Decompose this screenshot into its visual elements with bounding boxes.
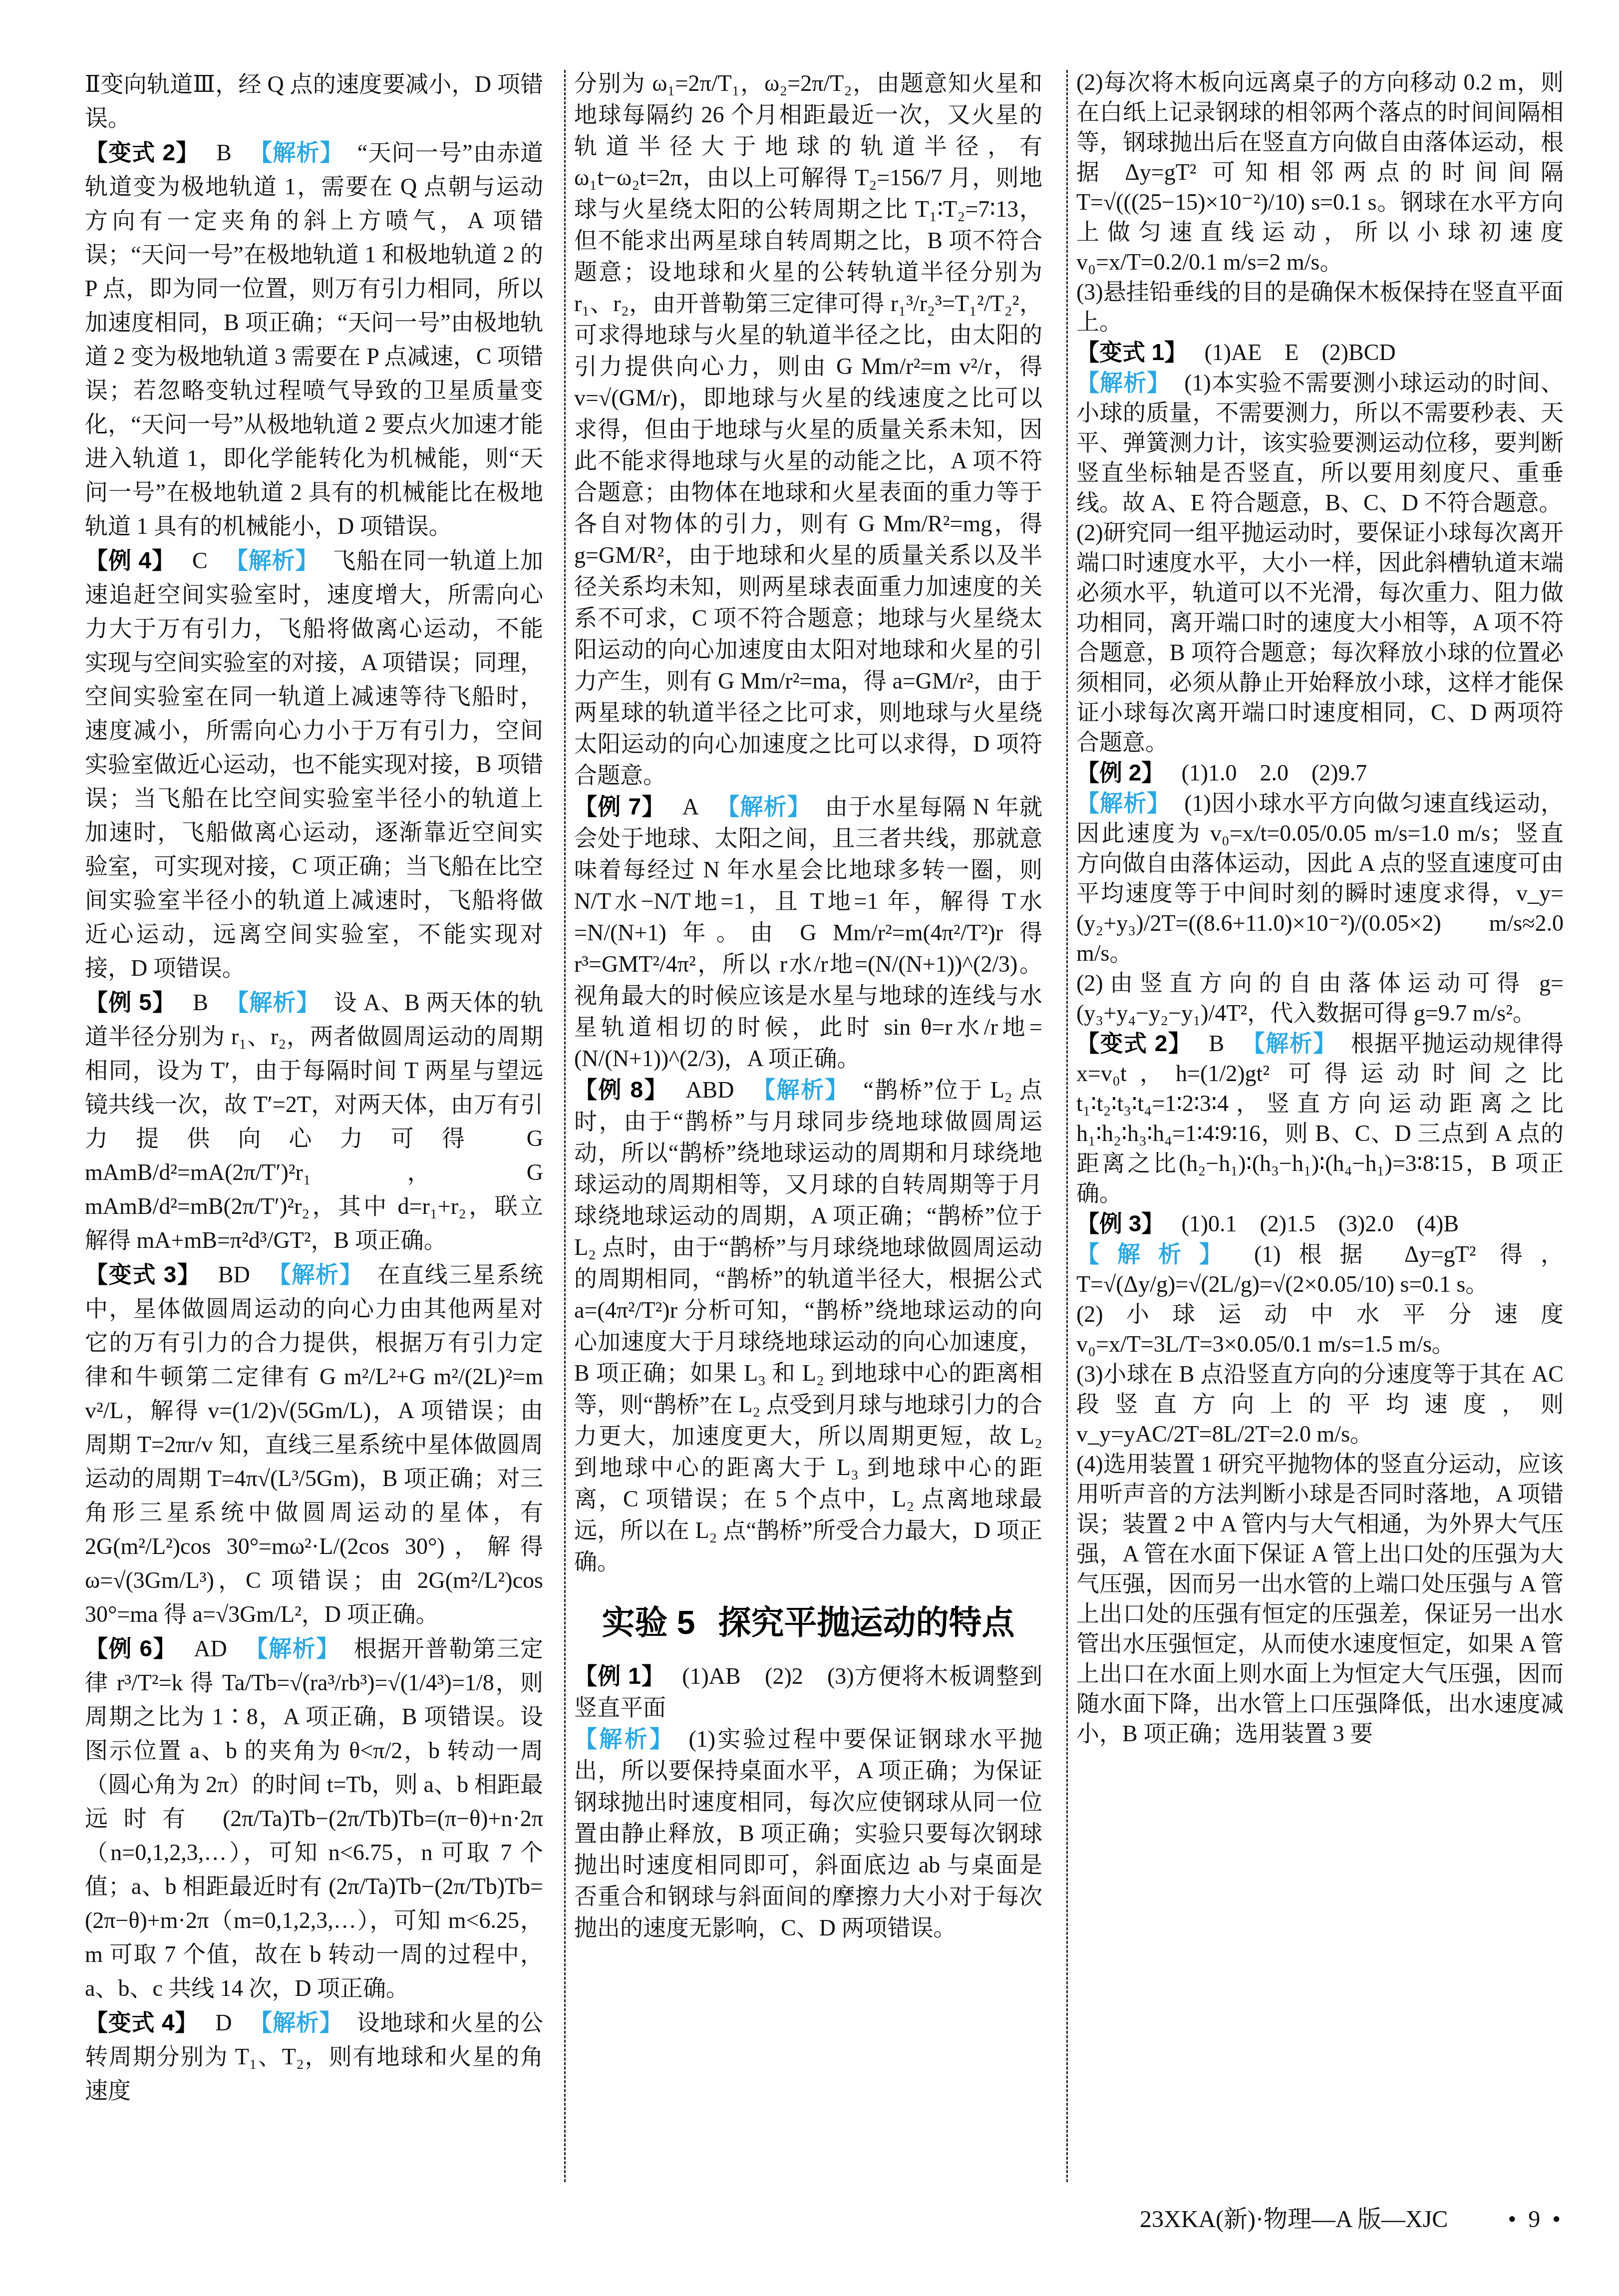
answer-text: (1)0.1 (2)1.5 (3)2.0 (4)B (1181, 1211, 1459, 1236)
solution-paragraph: 【解析】(1)实验过程中要保证钢球水平抛出，所以要保持桌面水平，A 项正确；为保… (574, 1723, 1042, 1943)
solution-text: (2)由竖直方向的自由落体运动可得 g=(y₃+y₄−y₂−y₁)/4T²，代入… (1076, 970, 1564, 1026)
solution-text: (4)选用装置 1 研究平抛物体的竖直分运动，应该用听声音的方法判断小球是否同时… (1076, 1451, 1564, 1746)
solution-paragraph: (3)悬挂铅垂线的目的是确保木板保持在竖直平面上。 (1076, 277, 1564, 337)
answer-text: A (682, 794, 699, 819)
solution-text: (2)每次将木板向远离桌子的方向移动 0.2 m，则在白纸上记录钢球的相邻两个落… (1076, 69, 1564, 275)
analysis-label: 【解析】 (751, 1077, 849, 1103)
solution-paragraph: 分别为 ω₁=2π/T₁，ω₂=2π/T₂，由题意知火星和地球每隔约 26 个月… (574, 67, 1042, 791)
edition-code: 23XKA(新)·物理—A 版—XJC (1140, 2200, 1448, 2234)
solution-text: (2)研究同一组平抛运动时，要保证小球每次离开端口时速度水平，大小一样，因此斜槽… (1076, 520, 1564, 755)
item-label: 【例 2】 (1076, 760, 1164, 785)
section-heading: 实验 5探究平抛运动的特点 (574, 1597, 1042, 1647)
answer-text: BD (218, 1262, 250, 1287)
solution-text: (2)小球运动中水平分速度 v₀=x/T=3L/T=3×0.05/0.1 m/s… (1076, 1301, 1564, 1357)
analysis-label: 【解析】 (1076, 370, 1170, 395)
solution-paragraph: 【例 7】A【解析】由于水星每隔 N 年就会处于地球、太阳之间，且三者共线，那就… (574, 791, 1042, 1074)
solution-text: 飞船在同一轨道上加速追赶空间实验室时，速度增大，所需向心力大于万有引力，飞船将做… (85, 548, 543, 981)
answer-text: B (193, 990, 208, 1015)
solution-paragraph: 【变式 4】D【解析】设地球和火星的公转周期分别为 T₁、T₂，则有地球和火星的… (85, 2005, 543, 2108)
solution-paragraph: 【变式 3】BD【解析】在直线三星系统中，星体做圆周运动的向心力由其他两星对它的… (85, 1257, 543, 1631)
solution-text: “鹊桥”位于 L₂ 点时，由于“鹊桥”与月球同步绕地球做圆周运动，所以“鹊桥”绕… (574, 1077, 1042, 1574)
solution-paragraph: (4)选用装置 1 研究平抛物体的竖直分运动，应该用听声音的方法判断小球是否同时… (1076, 1449, 1564, 1749)
column-divider-left (564, 70, 566, 2182)
page-footer: 23XKA(新)·物理—A 版—XJC • 9 • (85, 2200, 1564, 2234)
solution-paragraph: 【例 4】C【解析】飞船在同一轨道上加速追赶空间实验室时，速度增大，所需向心力大… (85, 543, 543, 985)
solution-paragraph: (2)每次将木板向远离桌子的方向移动 0.2 m，则在白纸上记录钢球的相邻两个落… (1076, 67, 1564, 277)
item-label: 【例 1】 (574, 1663, 665, 1689)
solution-paragraph: 【变式 2】B【解析】“天问一号”由赤道轨道变为极地轨道 1，需要在 Q 点朝与… (85, 135, 543, 543)
solution-paragraph: (3)小球在 B 点沿竖直方向的分速度等于其在 AC 段竖直方向上的平均速度，则… (1076, 1359, 1564, 1449)
solution-text: 分别为 ω₁=2π/T₁，ω₂=2π/T₂，由题意知火星和地球每隔约 26 个月… (574, 70, 1042, 788)
item-label: 【变式 4】 (85, 2009, 198, 2035)
solution-paragraph: 【例 1】(1)AB (2)2 (3)方便将木板调整到竖直平面 (574, 1660, 1042, 1723)
analysis-label: 【解析】 (225, 547, 319, 573)
solution-paragraph: 【解析】(1)根据 Δy=gT² 得，T=√(Δy/g)=√(2L/g)=√(2… (1076, 1239, 1564, 1299)
solution-paragraph: 【变式 1】(1)AE E (2)BCD (1076, 337, 1564, 368)
solution-paragraph: 【变式 2】B【解析】根据平抛运动规律得 x=v₀t，h=(1/2)gt² 可得… (1076, 1028, 1564, 1208)
solution-paragraph: 【例 5】B【解析】设 A、B 两天体的轨道半径分别为 r₁、r₂，两者做圆周运… (85, 985, 543, 1257)
answer-text: D (215, 2010, 232, 2035)
answer-text: ABD (685, 1077, 734, 1103)
answer-text: B (216, 140, 232, 165)
solution-text: 由于水星每隔 N 年就会处于地球、太阳之间，且三者共线，那就意味着每经过 N 年… (574, 794, 1042, 1071)
solution-text: (1)因小球水平方向做匀速直线运动，因此速度为 v₀=x/t=0.05/0.05… (1076, 790, 1564, 966)
item-label: 【变式 2】 (85, 139, 199, 165)
solution-text: 设 A、B 两天体的轨道半径分别为 r₁、r₂，两者做圆周运动的周期相同，设为 … (85, 990, 543, 1253)
answer-column-right: (2)每次将木板向远离桌子的方向移动 0.2 m，则在白纸上记录钢球的相邻两个落… (1076, 67, 1564, 1749)
solution-paragraph: (2)小球运动中水平分速度 v₀=x/T=3L/T=3×0.05/0.1 m/s… (1076, 1299, 1564, 1359)
solution-text: “天问一号”由赤道轨道变为极地轨道 1，需要在 Q 点朝与运动方向有一定夹角的斜… (85, 140, 543, 539)
column-divider-right (1066, 70, 1068, 2182)
solution-paragraph: 【解析】(1)因小球水平方向做匀速直线运动，因此速度为 v₀=x/t=0.05/… (1076, 788, 1564, 968)
solution-paragraph: 【解析】(1)本实验不需要测小球运动的时间、小球的质量，不需要测力，所以不需要秒… (1076, 368, 1564, 518)
answer-text: AD (194, 1636, 227, 1661)
item-label: 【例 4】 (85, 547, 175, 573)
analysis-label: 【解析】 (225, 989, 320, 1015)
solution-paragraph: 【例 8】ABD【解析】“鹊桥”位于 L₂ 点时，由于“鹊桥”与月球同步绕地球做… (574, 1074, 1042, 1577)
solution-paragraph: 【例 2】(1)1.0 2.0 (2)9.7 (1076, 758, 1564, 788)
item-label: 【例 6】 (85, 1635, 177, 1661)
analysis-label: 【解析】 (249, 139, 343, 165)
solution-text: 根据平抛运动规律得 x=v₀t，h=(1/2)gt² 可得运动时间之比 t₁∶t… (1076, 1031, 1564, 1206)
analysis-label: 【解析】 (244, 1635, 340, 1661)
solution-paragraph: (2)由竖直方向的自由落体运动可得 g=(y₃+y₄−y₂−y₁)/4T²，代入… (1076, 968, 1564, 1028)
item-label: 【变式 1】 (1076, 339, 1187, 365)
analysis-label: 【解析】 (1076, 790, 1170, 816)
answer-text: (1)AE E (2)BCD (1204, 340, 1395, 365)
answer-text: C (192, 548, 208, 573)
item-label: 【例 3】 (1076, 1210, 1164, 1236)
section-title: 探究平抛运动的特点 (718, 1604, 1015, 1641)
solution-text: (1)实验过程中要保证钢球水平抛出，所以要保持桌面水平，A 项正确；为保证钢球抛… (574, 1726, 1042, 1940)
solution-text: 在直线三星系统中，星体做圆周运动的向心力由其他两星对它的万有引力的合力提供，根据… (85, 1262, 543, 1627)
analysis-label: 【解析】 (716, 793, 811, 819)
answer-text: (1)1.0 2.0 (2)9.7 (1181, 760, 1367, 785)
answer-column-left: Ⅱ变向轨道Ⅲ，经 Q 点的速度要减小，D 项错误。【变式 2】B【解析】“天问一… (85, 67, 543, 2108)
analysis-label: 【解析】 (1241, 1030, 1337, 1056)
item-label: 【变式 3】 (85, 1261, 201, 1287)
item-label: 【变式 2】 (1076, 1030, 1192, 1056)
solution-text: (3)小球在 B 点沿竖直方向的分速度等于其在 AC 段竖直方向上的平均速度，则… (1076, 1361, 1564, 1447)
analysis-label: 【解析】 (267, 1261, 363, 1287)
solution-paragraph: 【例 3】(1)0.1 (2)1.5 (3)2.0 (4)B (1076, 1208, 1564, 1239)
item-label: 【例 5】 (85, 989, 176, 1015)
answer-column-middle: 分别为 ω₁=2π/T₁，ω₂=2π/T₂，由题意知火星和地球每隔约 26 个月… (574, 67, 1042, 1943)
solution-text: Ⅱ变向轨道Ⅲ，经 Q 点的速度要减小，D 项错误。 (85, 71, 543, 131)
solution-paragraph: 【例 6】AD【解析】根据开普勒第三定律 r³/T²=k 得 Ta/Tb=√(r… (85, 1631, 543, 2005)
solution-paragraph: Ⅱ变向轨道Ⅲ，经 Q 点的速度要减小，D 项错误。 (85, 67, 543, 135)
solution-text: (3)悬挂铅垂线的目的是确保木板保持在竖直平面上。 (1076, 279, 1564, 335)
page-number: • 9 • (1508, 2206, 1564, 2233)
analysis-label: 【解析】 (1076, 1241, 1240, 1267)
analysis-label: 【解析】 (249, 2009, 342, 2035)
section-number: 实验 5 (602, 1604, 695, 1641)
answer-text: B (1209, 1031, 1225, 1056)
item-label: 【例 8】 (574, 1077, 668, 1103)
analysis-label: 【解析】 (574, 1726, 675, 1752)
solution-text: 根据开普勒第三定律 r³/T²=k 得 Ta/Tb=√(ra³/rb³)=√(1… (85, 1636, 543, 2001)
solution-paragraph: (2)研究同一组平抛运动时，要保证小球每次离开端口时速度水平，大小一样，因此斜槽… (1076, 518, 1564, 758)
item-label: 【例 7】 (574, 793, 665, 819)
